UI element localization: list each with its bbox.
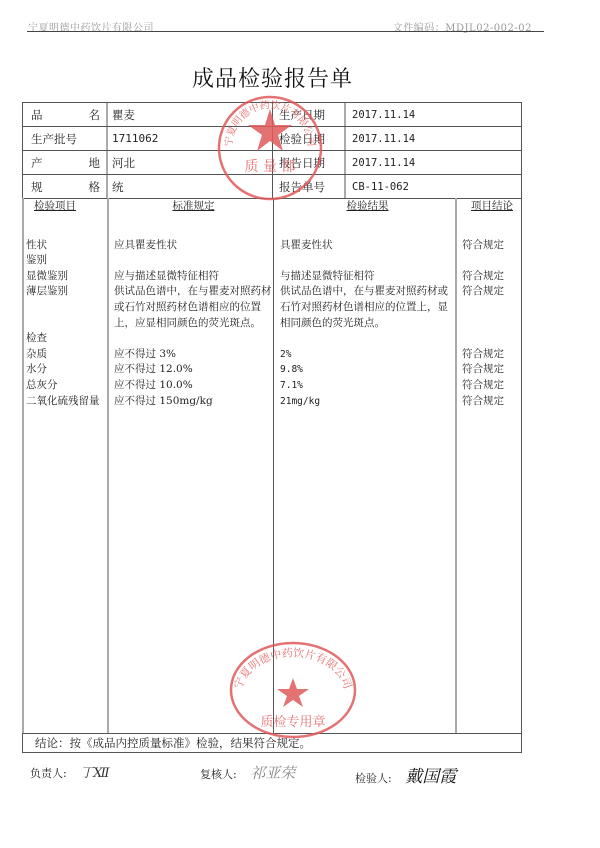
label-report-date: 报告日期 bbox=[273, 151, 346, 174]
value-production-date: 2017.11.14 bbox=[346, 103, 521, 126]
result-cell-standard bbox=[114, 253, 273, 269]
info-row-specification: 规格 统 报告单号 CB-11-062 bbox=[23, 175, 521, 199]
result-cell-item: 检查 bbox=[26, 331, 107, 347]
overall-conclusion: 结论：按《成品内控质量标准》检验，结果符合规定。 bbox=[22, 733, 522, 753]
column-inspection-item: 检验项目 性状鉴别显微鉴别薄层鉴别检查杂质水分总灰分二氧化硫残留量 bbox=[24, 198, 109, 733]
result-cell-conclusion: 符合规定 bbox=[462, 362, 522, 378]
header-conclusion: 项目结论 bbox=[462, 198, 522, 222]
info-row-product-name: 品名 瞿麦 生产日期 2017.11.14 bbox=[23, 103, 521, 127]
result-cell-item: 性状 bbox=[26, 238, 107, 254]
value-report-date: 2017.11.14 bbox=[346, 151, 521, 174]
info-row-origin: 产地 河北 报告日期 2017.11.14 bbox=[23, 151, 521, 175]
result-cell-result bbox=[280, 331, 455, 347]
result-cell-conclusion: 符合规定 bbox=[462, 269, 522, 285]
column-conclusion: 项目结论 符合规定符合规定符合规定符合规定符合规定符合规定符合规定 bbox=[457, 198, 522, 733]
product-info-table: 品名 瞿麦 生产日期 2017.11.14 生产批号 1711062 检验日期 … bbox=[22, 102, 522, 199]
responsible-signature: 丁Ⅻ bbox=[80, 766, 109, 781]
signature-inspector: 检验人: 戴国霞 bbox=[355, 762, 456, 787]
result-cell-item: 薄层鉴别 bbox=[26, 284, 107, 331]
header-rule bbox=[27, 31, 544, 32]
result-cell-conclusion: 符合规定 bbox=[462, 284, 522, 331]
value-inspection-date: 2017.11.14 bbox=[346, 127, 521, 150]
inspector-signature: 戴国霞 bbox=[405, 767, 456, 787]
result-cell-result: 与描述显微特征相符 bbox=[280, 269, 455, 285]
header-result: 检验结果 bbox=[280, 198, 455, 222]
result-cell-result bbox=[280, 253, 455, 269]
result-cell-conclusion bbox=[462, 253, 522, 269]
result-cell-item: 鉴别 bbox=[26, 253, 107, 269]
label-inspection-date: 检验日期 bbox=[273, 127, 346, 150]
result-cell-standard: 供试品色谱中，在与瞿麦对照药材或石竹对照药材色谱相应的位置上，应显相同颜色的荧光… bbox=[114, 284, 273, 331]
result-cell-result: 供试品色谱中，在与瞿麦对照药材或石竹对照药材色谱相应的位置上，显相同颜色的荧光斑… bbox=[280, 284, 455, 331]
result-cell-result: 2% bbox=[280, 347, 455, 363]
result-cell-standard: 应不得过 10.0% bbox=[114, 378, 273, 394]
result-cell-standard: 应不得过 3% bbox=[114, 347, 273, 363]
result-cell-result bbox=[280, 222, 455, 238]
result-cell-conclusion: 符合规定 bbox=[462, 347, 522, 363]
report-title: 成品检验报告单 bbox=[0, 62, 545, 93]
result-cell-item: 杂质 bbox=[26, 347, 107, 363]
result-cell-conclusion bbox=[462, 222, 522, 238]
reviewer-label: 复核人: bbox=[200, 768, 237, 781]
inspector-label: 检验人: bbox=[355, 772, 392, 785]
label-origin: 产地 bbox=[23, 151, 108, 174]
result-cell-result: 具瞿麦性状 bbox=[280, 238, 455, 254]
signature-responsible: 负责人: 丁Ⅻ bbox=[30, 762, 110, 781]
info-row-batch-number: 生产批号 1711062 检验日期 2017.11.14 bbox=[23, 127, 521, 151]
result-cell-item bbox=[26, 222, 107, 238]
value-specification: 统 bbox=[108, 175, 273, 198]
inspection-results-table: 检验项目 性状鉴别显微鉴别薄层鉴别检查杂质水分总灰分二氧化硫残留量 标准规定 应… bbox=[22, 198, 522, 733]
reviewer-signature: 祁亚荣 bbox=[250, 764, 295, 782]
result-cell-standard bbox=[114, 331, 273, 347]
result-cell-conclusion: 符合规定 bbox=[462, 238, 522, 254]
label-specification: 规格 bbox=[23, 175, 108, 198]
label-product-name: 品名 bbox=[23, 103, 108, 126]
column-standard: 标准规定 应具瞿麦性状应与描述显微特征相符供试品色谱中，在与瞿麦对照药材或石竹对… bbox=[109, 198, 274, 733]
result-cell-standard bbox=[114, 222, 273, 238]
responsible-label: 负责人: bbox=[30, 767, 67, 780]
label-production-date: 生产日期 bbox=[273, 103, 346, 126]
result-cell-result: 9.8% bbox=[280, 362, 455, 378]
result-cell-standard: 应不得过 150mg/kg bbox=[114, 394, 273, 410]
result-cell-item: 总灰分 bbox=[26, 378, 107, 394]
result-cell-result: 21mg/kg bbox=[280, 394, 455, 410]
label-report-number: 报告单号 bbox=[273, 175, 346, 198]
header-standard: 标准规定 bbox=[114, 198, 273, 222]
result-cell-result: 7.1% bbox=[280, 378, 455, 394]
header-inspection-item: 检验项目 bbox=[26, 198, 107, 222]
value-product-name: 瞿麦 bbox=[108, 103, 273, 126]
result-cell-standard: 应与描述显微特征相符 bbox=[114, 269, 273, 285]
result-cell-item: 水分 bbox=[26, 362, 107, 378]
column-result: 检验结果 具瞿麦性状与描述显微特征相符供试品色谱中，在与瞿麦对照药材或石竹对照药… bbox=[274, 198, 457, 733]
value-origin: 河北 bbox=[108, 151, 273, 174]
signature-reviewer: 复核人: 祁亚荣 bbox=[200, 762, 295, 783]
value-batch-number: 1711062 bbox=[108, 127, 273, 150]
result-cell-item: 显微鉴别 bbox=[26, 269, 107, 285]
result-cell-conclusion: 符合规定 bbox=[462, 378, 522, 394]
label-batch-number: 生产批号 bbox=[23, 127, 108, 150]
result-cell-standard: 应具瞿麦性状 bbox=[114, 238, 273, 254]
result-cell-conclusion: 符合规定 bbox=[462, 394, 522, 410]
result-cell-standard: 应不得过 12.0% bbox=[114, 362, 273, 378]
result-cell-item: 二氧化硫残留量 bbox=[26, 394, 107, 410]
value-report-number: CB-11-062 bbox=[346, 175, 521, 198]
result-cell-conclusion bbox=[462, 331, 522, 347]
